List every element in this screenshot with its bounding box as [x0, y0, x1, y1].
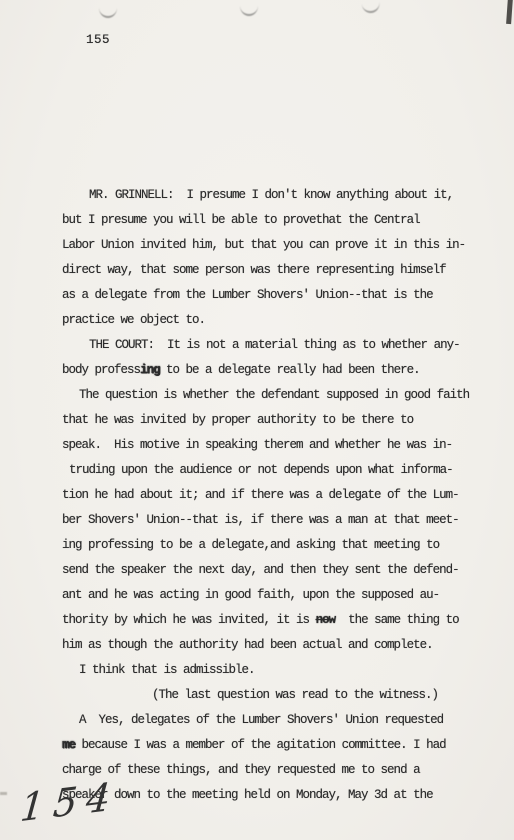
transcript-line: me because I was a member of the agitati…	[62, 733, 500, 758]
transcript-line: speaker down to the meeting held on Mond…	[62, 783, 500, 808]
transcript-line: that he was invited by proper authority …	[62, 408, 500, 433]
scanned-document-page: 155 MR. GRINNELL: I presume I don't know…	[0, 0, 514, 840]
transcript-line: send the speaker the next day, and then …	[62, 558, 500, 583]
line-text: ber Shovers' Union--that is, if there wa…	[62, 513, 459, 527]
transcript-line: body professing to be a delegate really …	[62, 358, 500, 383]
edge-scan-artifact	[0, 792, 7, 795]
line-text: thority by which he was invited, it is	[62, 613, 316, 627]
line-text: Labor Union invited him, but that you ca…	[62, 238, 465, 252]
transcript-line: ber Shovers' Union--that is, if there wa…	[62, 508, 500, 533]
line-text: body profess	[62, 363, 140, 377]
binder-smudge-icon	[240, 5, 258, 16]
overtyped-word: me	[62, 738, 75, 752]
line-text: because I was a member of the agitation …	[75, 738, 446, 752]
line-text: I think that is admissible.	[79, 663, 255, 677]
line-text: direct way, that some person was there r…	[62, 263, 446, 277]
line-text: that he was invited by proper authority …	[62, 413, 413, 427]
line-text: THE COURT: It is not a material thing as…	[89, 338, 460, 352]
transcript-line: ing professing to be a delegate,and aski…	[62, 533, 500, 558]
transcript-line: as a delegate from the Lumber Shovers' U…	[62, 283, 500, 308]
binder-smudge-icon	[361, 1, 380, 14]
transcript-line: MR. GRINNELL: I presume I don't know any…	[62, 183, 500, 208]
corner-scan-artifact	[506, 0, 513, 24]
binder-smudge-icon	[99, 7, 117, 18]
line-text: (The last question was read to the witne…	[152, 688, 438, 702]
line-text: tion he had about it; and if there was a…	[62, 488, 459, 502]
line-text: practice we object to.	[62, 313, 205, 327]
transcript-body: MR. GRINNELL: I presume I don't know any…	[62, 183, 500, 808]
transcript-line: speak. His motive in speaking therem and…	[62, 433, 500, 458]
line-text: The question is whether the defendant su…	[79, 388, 469, 402]
transcript-line: thority by which he was invited, it is n…	[62, 608, 500, 633]
transcript-line: (The last question was read to the witne…	[62, 683, 500, 708]
transcript-line: ant and he was acting in good faith, upo…	[62, 583, 500, 608]
line-text: send the speaker the next day, and then …	[62, 563, 459, 577]
line-text: MR. GRINNELL: I presume I don't know any…	[89, 188, 453, 202]
overtyped-word: ing	[140, 363, 160, 377]
line-text: ing professing to be a delegate,and aski…	[62, 538, 439, 552]
line-text: him as though the authority had been act…	[62, 638, 433, 652]
handwritten-page-number: 154	[18, 774, 121, 831]
transcript-line: THE COURT: It is not a material thing as…	[62, 333, 500, 358]
line-text: ant and he was acting in good faith, upo…	[62, 588, 439, 602]
line-text: but I presume you will be able to provet…	[62, 213, 420, 227]
line-text: A Yes, delegates of the Lumber Shovers' …	[79, 713, 443, 727]
transcript-line: The question is whether the defendant su…	[62, 383, 500, 408]
transcript-line: Labor Union invited him, but that you ca…	[62, 233, 500, 258]
transcript-line: truding upon the audience or not depends…	[62, 458, 500, 483]
transcript-line: practice we object to.	[62, 308, 500, 333]
line-text: to be a delegate really had been there.	[160, 363, 420, 377]
line-text: truding upon the audience or not depends…	[69, 463, 453, 477]
transcript-line: charge of these things, and they request…	[62, 758, 500, 783]
transcript-line: tion he had about it; and if there was a…	[62, 483, 500, 508]
line-text: as a delegate from the Lumber Shovers' U…	[62, 288, 433, 302]
transcript-line: A Yes, delegates of the Lumber Shovers' …	[62, 708, 500, 733]
transcript-line: him as though the authority had been act…	[62, 633, 500, 658]
line-text: speak. His motive in speaking therem and…	[62, 438, 452, 452]
transcript-line: I think that is admissible.	[62, 658, 500, 683]
transcript-line: but I presume you will be able to provet…	[62, 208, 500, 233]
struck-word: now	[316, 613, 336, 627]
transcript-line: direct way, that some person was there r…	[62, 258, 500, 283]
page-number: 155	[86, 33, 110, 47]
line-text: the same thing to	[335, 613, 459, 627]
